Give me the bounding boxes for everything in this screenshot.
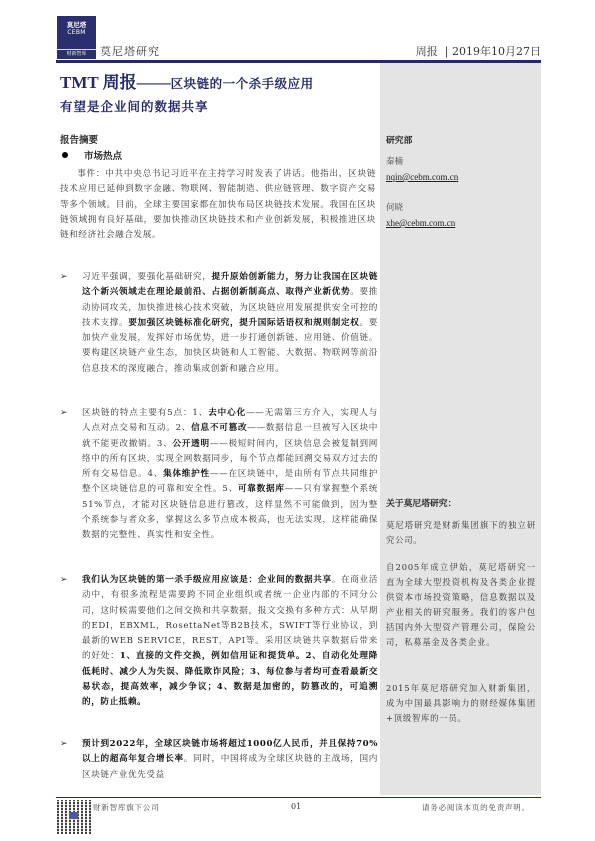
arrow-bullet-icon: ➢ <box>60 270 68 285</box>
about-heading: 关于莫尼塔研究： <box>386 496 456 509</box>
cebm-logo: 莫尼塔 CEBM 财新智库 <box>57 16 96 59</box>
bold-segment: 信息不可篡改 <box>191 423 247 433</box>
arrow-item-body: 区块链的特点主要有5点：1、去中心化——无需第三方介入，实现人与人点对点交易和互… <box>82 406 378 544</box>
arrow-item-body: 习近平强调，要强化基础研究，提升原始创新能力，努力让我国在区块链这个新兴领域走在… <box>82 270 378 377</box>
arrow-bullet-icon: ➢ <box>60 406 68 421</box>
brand-name: 莫尼塔研究 <box>100 43 160 59</box>
analyst-email-link[interactable]: nqin@cebm.com.cn <box>386 172 458 182</box>
about-paragraph: 2015年莫尼塔研究加入财新集团，成为中国最具影响力的财经媒体集团+顶级智库的一… <box>386 681 536 726</box>
bold-segment: 可靠数据库 <box>238 484 285 494</box>
bullet-market-hotspot: 市场热点 <box>62 148 122 162</box>
title-sub-line2: 有望是企业间的数据共享 <box>60 97 209 115</box>
bold-segment: 去中心化 <box>208 408 246 418</box>
title-sub-line1: 区块链的一个杀手级应用 <box>171 76 314 91</box>
bullet-dot-icon <box>62 152 68 158</box>
footer-disclaimer: 请务必阅读本页的免责声明。 <box>422 802 530 813</box>
arrow-list-item: ➢ 我们认为区块链的第一杀手级应用应该是：企业间的数据共享。在商业活动中，有很多… <box>60 573 378 711</box>
footer-divider <box>56 797 541 798</box>
sidebar-department: 研究部 <box>386 133 412 146</box>
bold-segment: 公开透明 <box>172 439 209 449</box>
logo-mark: 莫尼塔 CEBM <box>57 16 96 49</box>
report-type-date: 周报 | 2019年10月27日 <box>416 43 541 59</box>
about-paragraph: 自2005年成立伊始，莫尼塔研究一直为全球大型投资机构及各类企业提供资本市场投资… <box>386 560 536 650</box>
arrow-item-body: 预计到2022年，全球区块链市场将超过1000亿人民币，并且保持70%以上的超高… <box>82 737 378 783</box>
bullet-label: 市场热点 <box>84 148 122 162</box>
text-segment: 习近平强调，要强化基础研究， <box>82 272 212 282</box>
arrow-list-item: ➢ 区块链的特点主要有5点：1、去中心化——无需第三方介入，实现人与人点对点交易… <box>60 406 378 544</box>
intro-paragraph: 事件：中共中央总书记习近平在主持学习时发表了讲话。他指出，区块链技术应用已延伸到… <box>60 167 376 243</box>
arrow-bullet-icon: ➢ <box>60 737 68 752</box>
title-main: TMT 周报—— <box>60 73 171 92</box>
about-paragraph: 莫尼塔研究是财新集团旗下的独立研究公司。 <box>386 518 536 548</box>
bold-segment: 集体维护性 <box>163 469 210 479</box>
arrow-list-item: ➢ 预计到2022年，全球区块链市场将超过1000亿人民币，并且保持70%以上的… <box>60 737 378 783</box>
report-title: TMT 周报——区块链的一个杀手级应用 <box>60 68 314 93</box>
qr-code-logo <box>69 812 78 819</box>
arrow-list-item: ➢ 习近平强调，要强化基础研究，提升原始创新能力，努力让我国在区块链这个新兴领域… <box>60 270 378 377</box>
arrow-item-body: 我们认为区块链的第一杀手级应用应该是：企业间的数据共享。在商业活动中，有很多流程… <box>82 573 378 711</box>
logo-tagline: 财新智库 <box>57 49 96 59</box>
footer-company: 财新智库旗下公司 <box>93 802 159 813</box>
logo-en-text: CEBM <box>57 29 96 37</box>
analyst-name: 秦楠 <box>386 155 403 167</box>
text-segment: 。在商业活动中，有很多流程是需要跨不同企业组织或者统一企业内部的不同分公司，这时… <box>82 575 378 661</box>
report-type: 周报 <box>416 45 438 58</box>
report-date: 2019年10月27日 <box>452 45 541 58</box>
logo-cn-text: 莫尼塔 <box>57 21 96 29</box>
bold-segment: 1、直接的文件交换，例如信用证和提货单。2、自动化处理降低耗时、减少人为失误、降… <box>82 651 378 707</box>
analyst-name: 何晓 <box>386 201 403 213</box>
header-separator: | <box>445 45 449 58</box>
arrow-bullet-icon: ➢ <box>60 573 68 588</box>
text-segment: 区块链的特点主要有5点：1、 <box>82 408 208 418</box>
bold-segment: 我们认为区块链的第一杀手级应用应该是：企业间的数据共享 <box>82 575 332 585</box>
analyst-email-link[interactable]: xhe@cebm.com.cn <box>386 218 455 228</box>
bold-segment: 要加强区块链标准化研究，提升国际话语权和规则制定权 <box>128 318 359 328</box>
page-number: 01 <box>291 802 301 811</box>
section-heading: 报告摘要 <box>60 132 98 146</box>
